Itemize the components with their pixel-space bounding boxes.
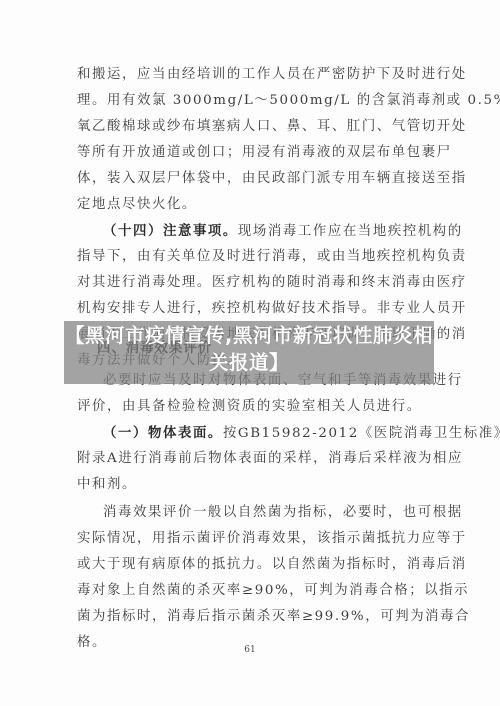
body-text: 现场消毒工作应在当地疾控机构的 [238,224,463,239]
body-text: 按GB15982-2012《医院消毒卫生标准》 [223,426,500,441]
overlay-title: 【黑河市疫情宣传,黑河市新冠状性肺炎相关报道】 [64,322,434,376]
body-line: 氧乙酸棉球或纱布填塞病人口、鼻、耳、肛门、气管切开处 [77,118,425,136]
section-line-notes: （十四）注意事项。现场消毒工作应在当地疾控机构的 [103,222,425,241]
body-line: 理。用有效氯 3000mg/L～5000mg/L 的含氯消毒剂或 0.5%过 [77,92,425,110]
body-line: 评价，由具备检验检测资质的实验室相关人员进行。 [77,398,425,416]
section-heading-notes: （十四）注意事项。 [103,223,238,239]
body-line: 毒对象上自然菌的杀灭率≥90%，可判为消毒合格；以指示 [77,582,425,600]
body-line: 附录A进行消毒前后物体表面的采样，消毒后采样液为相应 [77,450,425,468]
body-line: 定地点尽快火化。 [77,196,425,214]
section-heading-surface: （一）物体表面。 [103,425,223,441]
body-line: 指导下，由有关单位及时进行消毒，或由当地疾控机构负责 [77,248,425,266]
page-number: 61 [240,645,260,655]
body-line: 中和剂。 [77,476,425,494]
body-line: 等所有开放通道或创口；用浸有消毒液的双层布单包裹尸 [77,144,425,162]
section-line-surface: （一）物体表面。按GB15982-2012《医院消毒卫生标准》 [103,424,425,443]
body-line: 消毒效果评价一般以自然菌为指标，必要时，也可根据 [103,504,425,522]
body-line: 机构安排专人进行，疾控机构做好技术指导。非专业人员开 [77,300,425,318]
body-line: 和搬运，应当由经培训的工作人员在严密防护下及时进行处 [77,66,425,84]
body-line: 或大于现有病原体的抵抗力。以自然菌为指标时，消毒后消 [77,556,425,574]
body-line: 菌为指标时，消毒后指示菌杀灭率≥99.9%，可判为消毒合 [77,608,425,626]
body-line: 对其进行消毒处理。医疗机构的随时消毒和终末消毒由医疗 [77,274,425,292]
body-line: 体，装入双层尸体袋中，由民政部门派专用车辆直接送至指 [77,170,425,188]
body-line: 实际情况，用指示菌评价消毒效果，该指示菌抵抗力应等于 [77,530,425,548]
